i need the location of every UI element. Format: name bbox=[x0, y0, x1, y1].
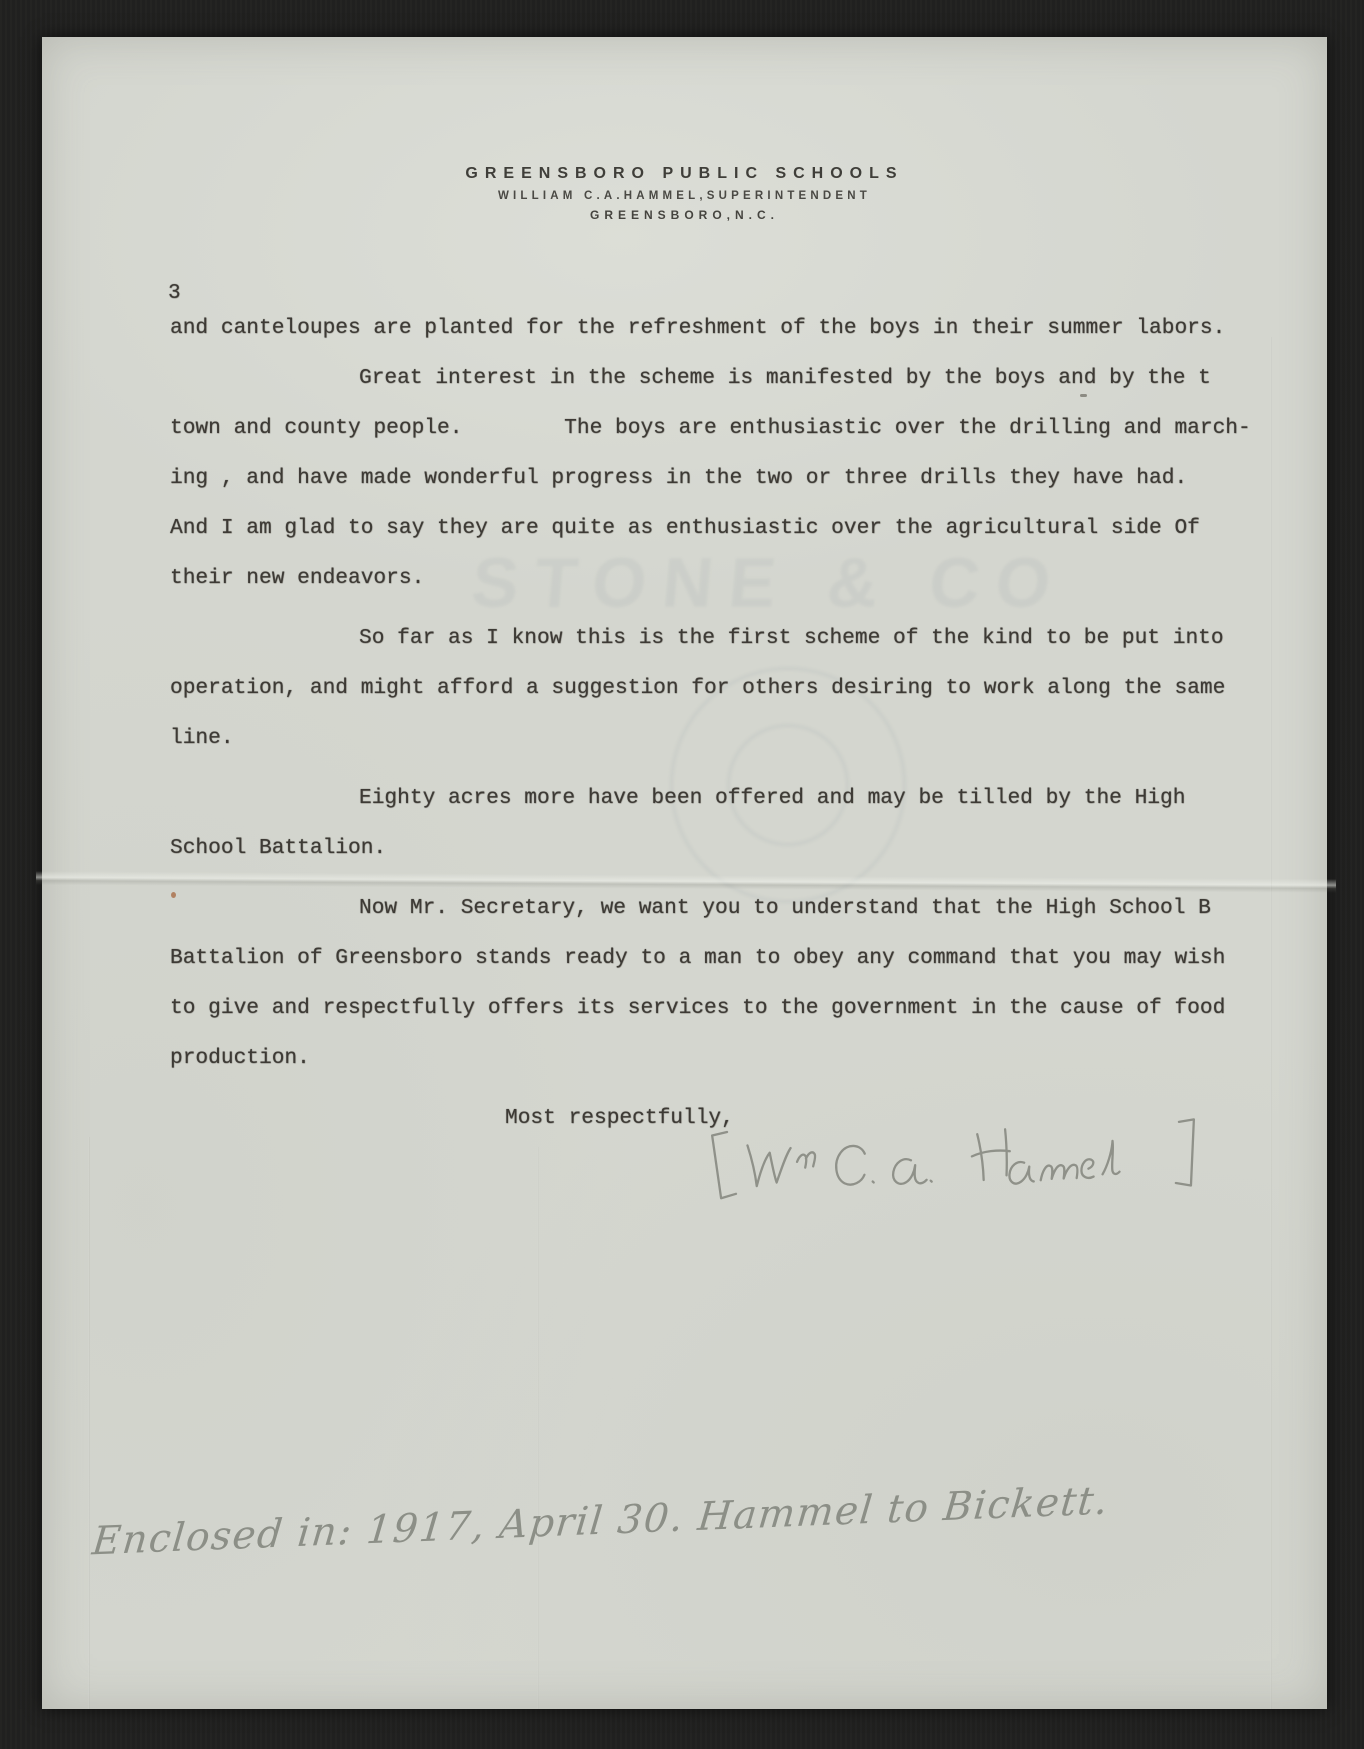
letter-body: and canteloupes are planted for the refr… bbox=[170, 303, 1290, 1143]
rust-speck bbox=[171, 892, 176, 898]
letterhead-school-name: GREENSBORO PUBLIC SCHOOLS bbox=[42, 165, 1327, 183]
typed-line: and canteloupes are planted for the refr… bbox=[170, 303, 1290, 353]
letterhead-superintendent: WILLIAM C.A.HAMMEL,SUPERINTENDENT bbox=[42, 190, 1327, 202]
letterhead: GREENSBORO PUBLIC SCHOOLS WILLIAM C.A.HA… bbox=[42, 165, 1327, 222]
typed-line: And I am glad to say they are quite as e… bbox=[170, 503, 1290, 553]
typed-line: production. bbox=[170, 1033, 1290, 1083]
letterhead-city: GREENSBORO,N.C. bbox=[42, 208, 1327, 222]
left-vertical-crease bbox=[88, 1137, 90, 1709]
signature-handwriting bbox=[701, 1105, 1204, 1213]
right-vertical-crease bbox=[1270, 337, 1272, 1709]
typed-line: their new endeavors. bbox=[170, 553, 1290, 603]
typed-line: School Battalion. bbox=[170, 823, 1290, 873]
stray-type-mark bbox=[1080, 394, 1087, 397]
typed-line: Eighty acres more have been offered and … bbox=[170, 773, 1290, 823]
page-number: 3 bbox=[168, 282, 181, 305]
archivist-pencil-note: Enclosed in: 1917, April 30. Hammel to B… bbox=[90, 1479, 1104, 1565]
typed-line: operation, and might afford a suggestion… bbox=[170, 663, 1290, 713]
letter-page: GREENSBORO PUBLIC SCHOOLS WILLIAM C.A.HA… bbox=[42, 37, 1327, 1709]
typed-line: Battalion of Greensboro stands ready to … bbox=[170, 933, 1290, 983]
typed-line: to give and respectfully offers its serv… bbox=[170, 983, 1290, 1033]
scan-background: GREENSBORO PUBLIC SCHOOLS WILLIAM C.A.HA… bbox=[0, 0, 1364, 1749]
typed-line: town and county people. The boys are ent… bbox=[170, 403, 1290, 453]
typed-line: ing , and have made wonderful progress i… bbox=[170, 453, 1290, 503]
typed-line: line. bbox=[170, 713, 1290, 763]
typed-line: So far as I know this is the first schem… bbox=[170, 613, 1290, 663]
middle-vertical-crease bbox=[537, 1147, 539, 1709]
typed-line: Great interest in the scheme is manifest… bbox=[170, 353, 1290, 403]
